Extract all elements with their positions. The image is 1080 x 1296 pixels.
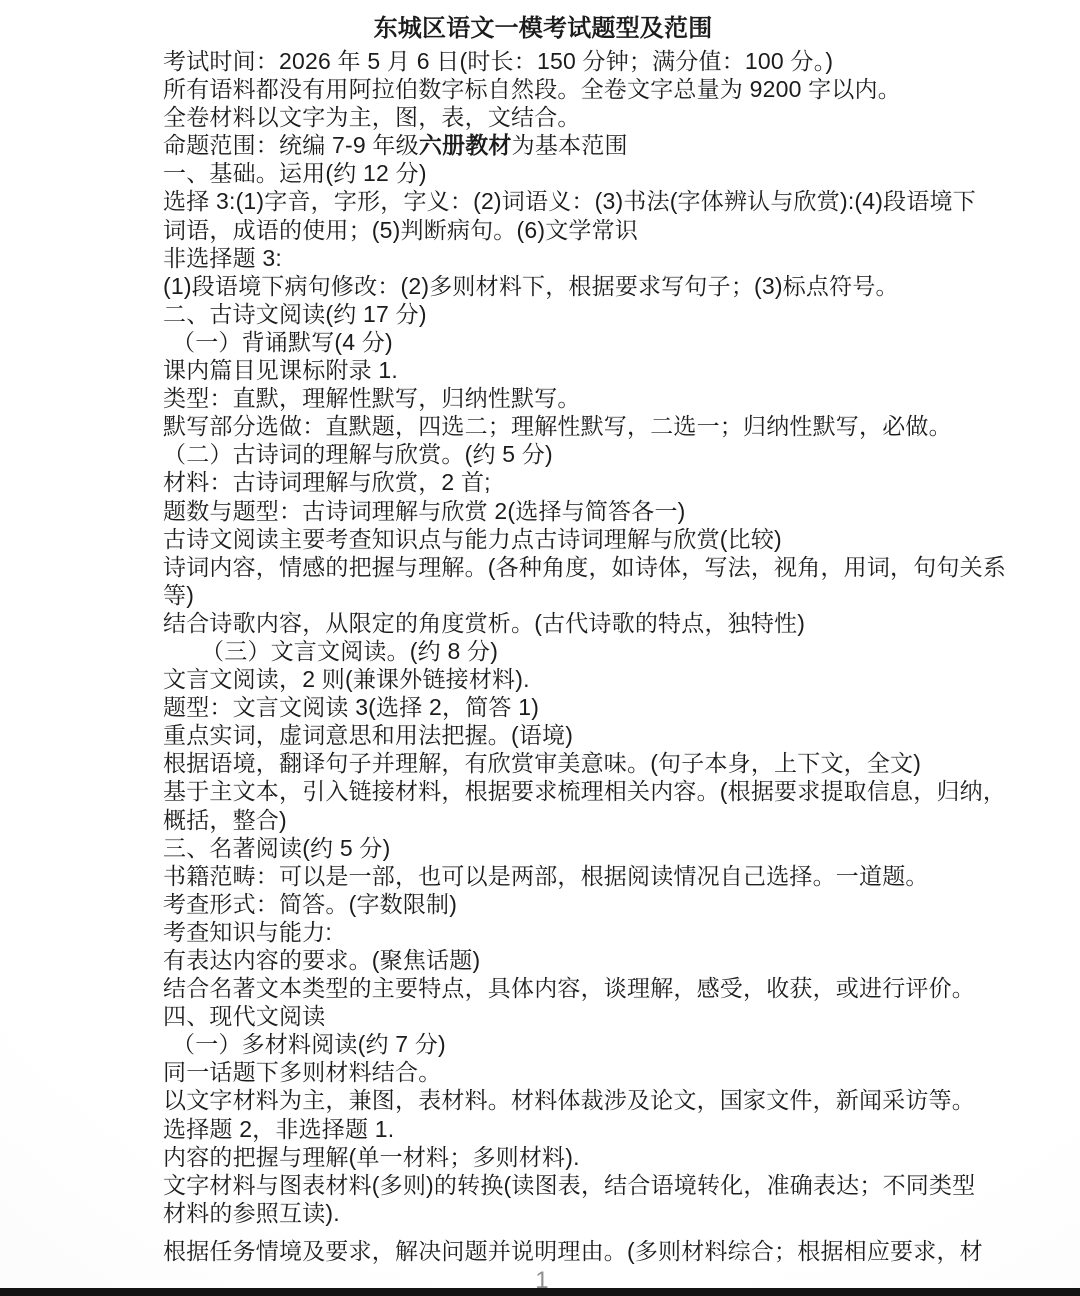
doc-line: 以文字材料为主，兼图，表材料。材料体裁涉及论文，国家文件，新闻采访等。 [163,1086,953,1114]
bottom-edge-bar [0,1288,1080,1296]
doc-line: 等) [163,581,953,609]
doc-line: 考试时间：2026 年 5 月 6 日(时长：150 分钟；满分值：100 分。… [163,47,953,75]
doc-line: 根据任务情境及要求，解决问题并说明理由。(多则材料综合；根据相应要求，材 [163,1237,953,1265]
document-page: 东城区语文一模考试题型及范围 考试时间：2026 年 5 月 6 日(时长：15… [0,0,1080,1296]
doc-line: 根据语境，翻译句子并理解，有欣赏审美意味。(句子本身，上下文，全文) [163,749,953,777]
doc-line-subsection: （一）背诵默写(4 分) [163,328,953,356]
doc-line-scope: 命题范围：统编 7-9 年级六册教材为基本范围 [163,131,953,159]
doc-line: 材料：古诗词理解与欣赏，2 首; [163,468,953,496]
doc-line: 考查形式：简答。(字数限制) [163,890,953,918]
scope-text-post: 为基本范围 [512,132,628,158]
doc-line: 选择 3:(1)字音，字形，字义：(2)词语义：(3)书法(字体辨认与欣赏):(… [163,187,953,215]
doc-line: 文言文阅读，2 则(兼课外链接材料). [163,665,953,693]
doc-line: 结合名著文本类型的主要特点，具体内容，谈理解，感受，收获，或进行评价。 [163,974,953,1002]
doc-line-subsection: （二）古诗词的理解与欣赏。(约 5 分) [163,440,953,468]
doc-line: 材料的参照互读). [163,1199,953,1227]
doc-line-subsection: （一）多材料阅读(约 7 分) [163,1030,953,1058]
doc-line: 诗词内容，情感的把握与理解。(各种角度，如诗体，写法，视角，用词，句句关系 [163,553,953,581]
doc-line: 同一话题下多则材料结合。 [163,1058,953,1086]
doc-line: 默写部分选做：直默题，四选二；理解性默写，二选一；归纳性默写，必做。 [163,412,953,440]
doc-line: 类型：直默，理解性默写，归纳性默写。 [163,384,953,412]
doc-line: 词语，成语的使用；(5)判断病句。(6)文学常识 [163,216,953,244]
doc-line: 书籍范畴：可以是一部，也可以是两部，根据阅读情况自己选择。一道题。 [163,862,953,890]
doc-line: 选择题 2，非选择题 1. [163,1115,953,1143]
doc-line: 古诗文阅读主要考查知识点与能力点古诗词理解与欣赏(比较) [163,525,953,553]
document-content: 东城区语文一模考试题型及范围 考试时间：2026 年 5 月 6 日(时长：15… [163,14,953,1294]
doc-line: 内容的把握与理解(单一材料；多则材料). [163,1143,953,1171]
doc-line: 重点实词，虚词意思和用法把握。(语境) [163,721,953,749]
doc-line: 所有语料都没有用阿拉伯数字标自然段。全卷文字总量为 9200 字以内。 [163,75,953,103]
doc-line: 题型：文言文阅读 3(选择 2，简答 1) [163,693,953,721]
doc-line: 考查知识与能力: [163,918,953,946]
doc-line: 结合诗歌内容，从限定的角度赏析。(古代诗歌的特点，独特性) [163,609,953,637]
doc-line: 基于主文本，引入链接材料，根据要求梳理相关内容。(根据要求提取信息，归纳， [163,777,953,805]
doc-line: 有表达内容的要求。(聚焦话题) [163,946,953,974]
doc-line-section-3: 三、名著阅读(约 5 分) [163,834,953,862]
doc-line-section-1: 一、基础。运用(约 12 分) [163,159,953,187]
doc-line-subsection: （三）文言文阅读。(约 8 分) [163,637,953,665]
doc-line: 题数与题型：古诗词理解与欣赏 2(选择与简答各一) [163,497,953,525]
doc-line-section-4: 四、现代文阅读 [163,1002,953,1030]
doc-line-section-2: 二、古诗文阅读(约 17 分) [163,300,953,328]
scope-text-pre: 命题范围：统编 7-9 年级 [163,132,419,158]
doc-line: 课内篇目见课标附录 1. [163,356,953,384]
doc-line: 非选择题 3: [163,244,953,272]
doc-line: 全卷材料以文字为主，图，表，文结合。 [163,103,953,131]
doc-line: (1)段语境下病句修改：(2)多则材料下，根据要求写句子；(3)标点符号。 [163,272,953,300]
document-title: 东城区语文一模考试题型及范围 [163,14,923,44]
scope-text-bold: 六册教材 [419,132,512,158]
doc-line: 概括，整合) [163,806,953,834]
doc-line: 文字材料与图表材料(多则)的转换(读图表，结合语境转化，准确表达；不同类型 [163,1171,953,1199]
